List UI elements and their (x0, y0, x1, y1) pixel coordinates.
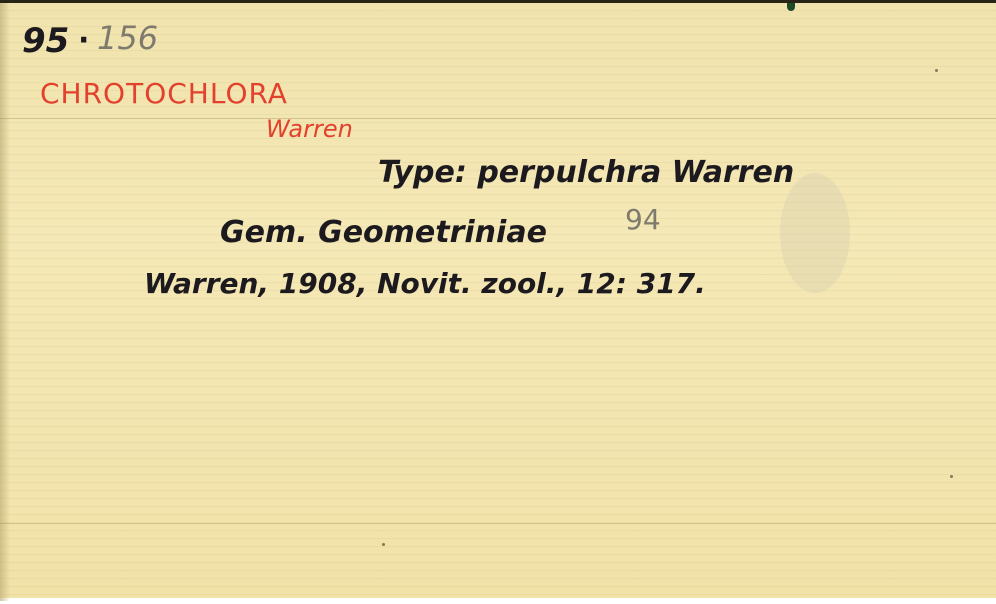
stain (780, 173, 850, 293)
family-number: 94 (625, 203, 661, 236)
genus-name: CHROTOCHLORA (40, 77, 288, 110)
accession-separator: · (78, 23, 89, 58)
family-line: Gem. Geometriniae (220, 215, 547, 250)
index-card: 95 · 156 CHROTOCHLORA Warren Type: perpu… (0, 0, 996, 598)
ruled-line (0, 118, 996, 119)
accession-number: 95 (22, 21, 69, 61)
genus-author: Warren (266, 115, 353, 143)
speck (382, 543, 385, 546)
tab-mark (787, 3, 795, 11)
ruled-line (0, 523, 996, 524)
reference-line: Warren, 1908, Novit. zool., 12: 317. (144, 267, 706, 300)
type-species-line: Type: perpulchra Warren (378, 155, 794, 190)
speck (935, 69, 938, 72)
speck (950, 475, 953, 478)
accession-suffix: 156 (97, 19, 158, 57)
card-edge-shadow (0, 3, 10, 601)
